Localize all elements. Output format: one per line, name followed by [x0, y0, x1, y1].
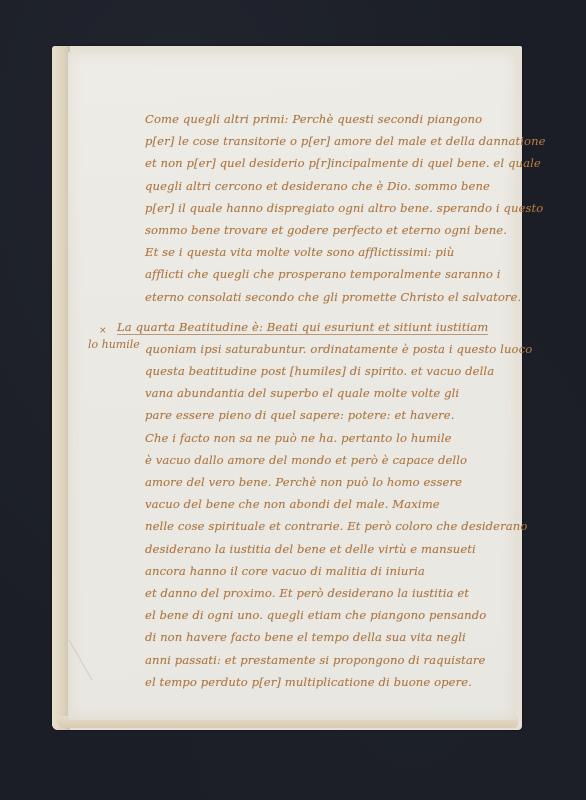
text-line: afflicti che quegli che prosperano tempo…	[145, 263, 515, 285]
text-line: eterno consolati secondo che gli promett…	[145, 286, 515, 308]
text-line: Che i facto non sa ne può ne ha. pertant…	[145, 427, 515, 449]
handwritten-text-block: Come quegli altri primi: Perchè questi s…	[145, 108, 515, 693]
text-line: è vacuo dallo amore del mondo et però è …	[145, 449, 515, 471]
text-line: questa beatitudine post [humiles] di spi…	[145, 360, 515, 382]
text-line: quegli altri cercono et desiderano che è…	[145, 175, 515, 197]
text-line: el tempo perduto p[er] multiplicatione d…	[145, 671, 515, 693]
text-line: vacuo del bene che non abondi del male. …	[145, 493, 515, 515]
text-line: et non p[er] quel desiderio p[r]incipalm…	[145, 152, 515, 174]
text-line: amore del vero bene. Perchè non può lo h…	[145, 471, 515, 493]
text-line: Et se i questa vita molte volte sono aff…	[145, 241, 515, 263]
text-line: quoniam ipsi saturabuntur. ordinatamente…	[145, 338, 515, 360]
text-line: anni passati: et prestamente si propongo…	[145, 649, 515, 671]
text-line: di non havere facto bene el tempo della …	[145, 626, 515, 648]
text-line: et danno del proximo. Et però desiderano…	[145, 582, 515, 604]
text-line: desiderano la iustitia del bene et delle…	[145, 538, 515, 560]
margin-note: lo humile	[88, 338, 140, 351]
text-line: sommo bene trovare et godere perfecto et…	[145, 219, 515, 241]
margin-mark: ×	[99, 326, 107, 336]
text-line: p[er] le cose transitorie o p[er] amore …	[145, 130, 515, 152]
text-line: el bene di ogni uno. quegli etiam che pi…	[145, 604, 515, 626]
text-line: ancora hanno il core vacuo di malitia di…	[145, 560, 515, 582]
text-line: Come quegli altri primi: Perchè questi s…	[145, 108, 515, 130]
paragraph-start-line: La quarta Beatitudine è: Beati qui esuri…	[117, 316, 515, 338]
text-line: nelle cose spirituale et contrarie. Et p…	[145, 515, 515, 537]
text-line: vana abundantia del superbo el quale mol…	[145, 382, 515, 404]
text-line: La quarta Beatitudine è: Beati qui esuri…	[117, 320, 488, 335]
text-line: p[er] il quale hanno dispregiato ogni al…	[145, 197, 515, 219]
text-line: pare essere pieno di quel sapere: potere…	[145, 404, 515, 426]
